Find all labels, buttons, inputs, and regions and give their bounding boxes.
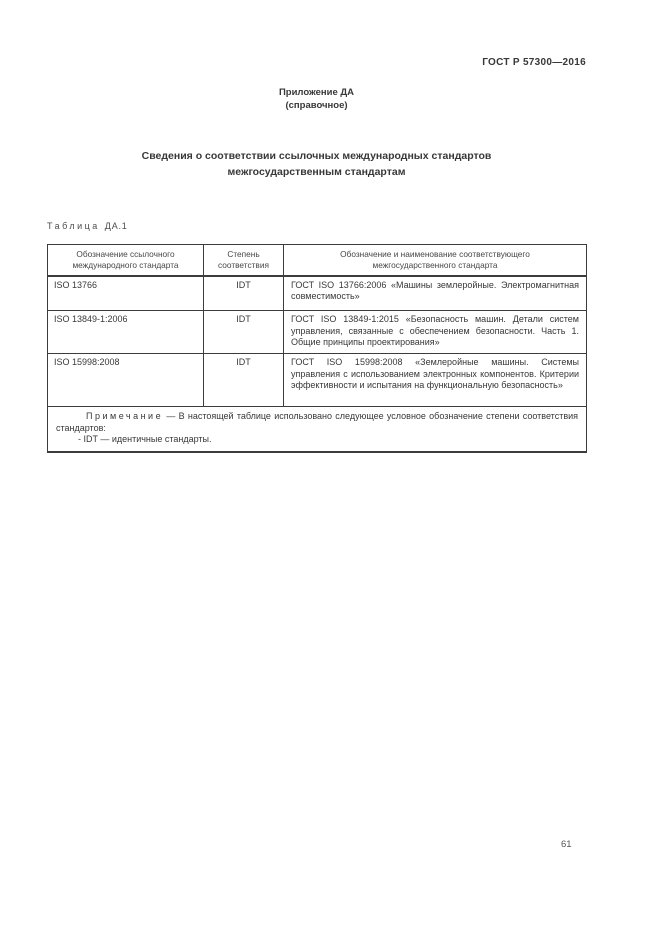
table-header-row: Обозначение ссылочного международного ст… (48, 245, 587, 276)
conformity-degree-cell: IDT (204, 354, 284, 407)
appendix-label: Приложение ДА (47, 86, 586, 99)
interstate-standard-cell: ГОСТ ISO 13766:2006 «Машины землеройные.… (284, 276, 587, 311)
table-row: ISO 13849-1:2006 IDT ГОСТ ISO 13849-1:20… (48, 311, 587, 354)
note-paragraph: Примечание — В настоящей таблице использ… (56, 411, 578, 434)
table-row: ISO 15998:2008 IDT ГОСТ ISO 15998:2008 «… (48, 354, 587, 407)
table-caption-label: Таблица (47, 221, 100, 231)
column-header-reference-standard: Обозначение ссылочного международного ст… (48, 245, 204, 276)
standard-reference: ГОСТ Р 57300—2016 (47, 57, 586, 68)
conformity-degree-cell: IDT (204, 311, 284, 354)
table-note-cell: Примечание — В настоящей таблице использ… (48, 407, 587, 452)
table-caption-number: ДА.1 (105, 221, 128, 231)
note-item: - IDT — идентичные стандарты. (56, 434, 578, 446)
reference-standard-cell: ISO 13849-1:2006 (48, 311, 204, 354)
interstate-standard-cell: ГОСТ ISO 13849-1:2015 «Безопасность маши… (284, 311, 587, 354)
table-note-row: Примечание — В настоящей таблице использ… (48, 407, 587, 452)
section-title-line1: Сведения о соответствии ссылочных междун… (47, 148, 586, 164)
column-header-interstate-standard: Обозначение и наименование соответствующ… (284, 245, 587, 276)
appendix-heading: Приложение ДА (справочное) (47, 86, 586, 112)
note-label: Примечание (86, 411, 163, 421)
conformity-degree-cell: IDT (204, 276, 284, 311)
standards-correspondence-table: Обозначение ссылочного международного ст… (47, 244, 587, 453)
reference-standard-cell: ISO 15998:2008 (48, 354, 204, 407)
section-title-line2: межгосударственным стандартам (47, 164, 586, 180)
table-caption: ТаблицаДА.1 (47, 221, 128, 231)
document-page: ГОСТ Р 57300—2016 Приложение ДА (справоч… (0, 0, 661, 935)
column-header-conformity-degree: Степень соответствия (204, 245, 284, 276)
table-row: ISO 13766 IDT ГОСТ ISO 13766:2006 «Машин… (48, 276, 587, 311)
section-title: Сведения о соответствии ссылочных междун… (47, 148, 586, 180)
reference-standard-cell: ISO 13766 (48, 276, 204, 311)
page-number: 61 (561, 839, 572, 850)
appendix-type: (справочное) (47, 99, 586, 112)
standards-table-wrap: Обозначение ссылочного международного ст… (47, 244, 587, 453)
interstate-standard-cell: ГОСТ ISO 15998:2008 «Землеройные машины.… (284, 354, 587, 407)
